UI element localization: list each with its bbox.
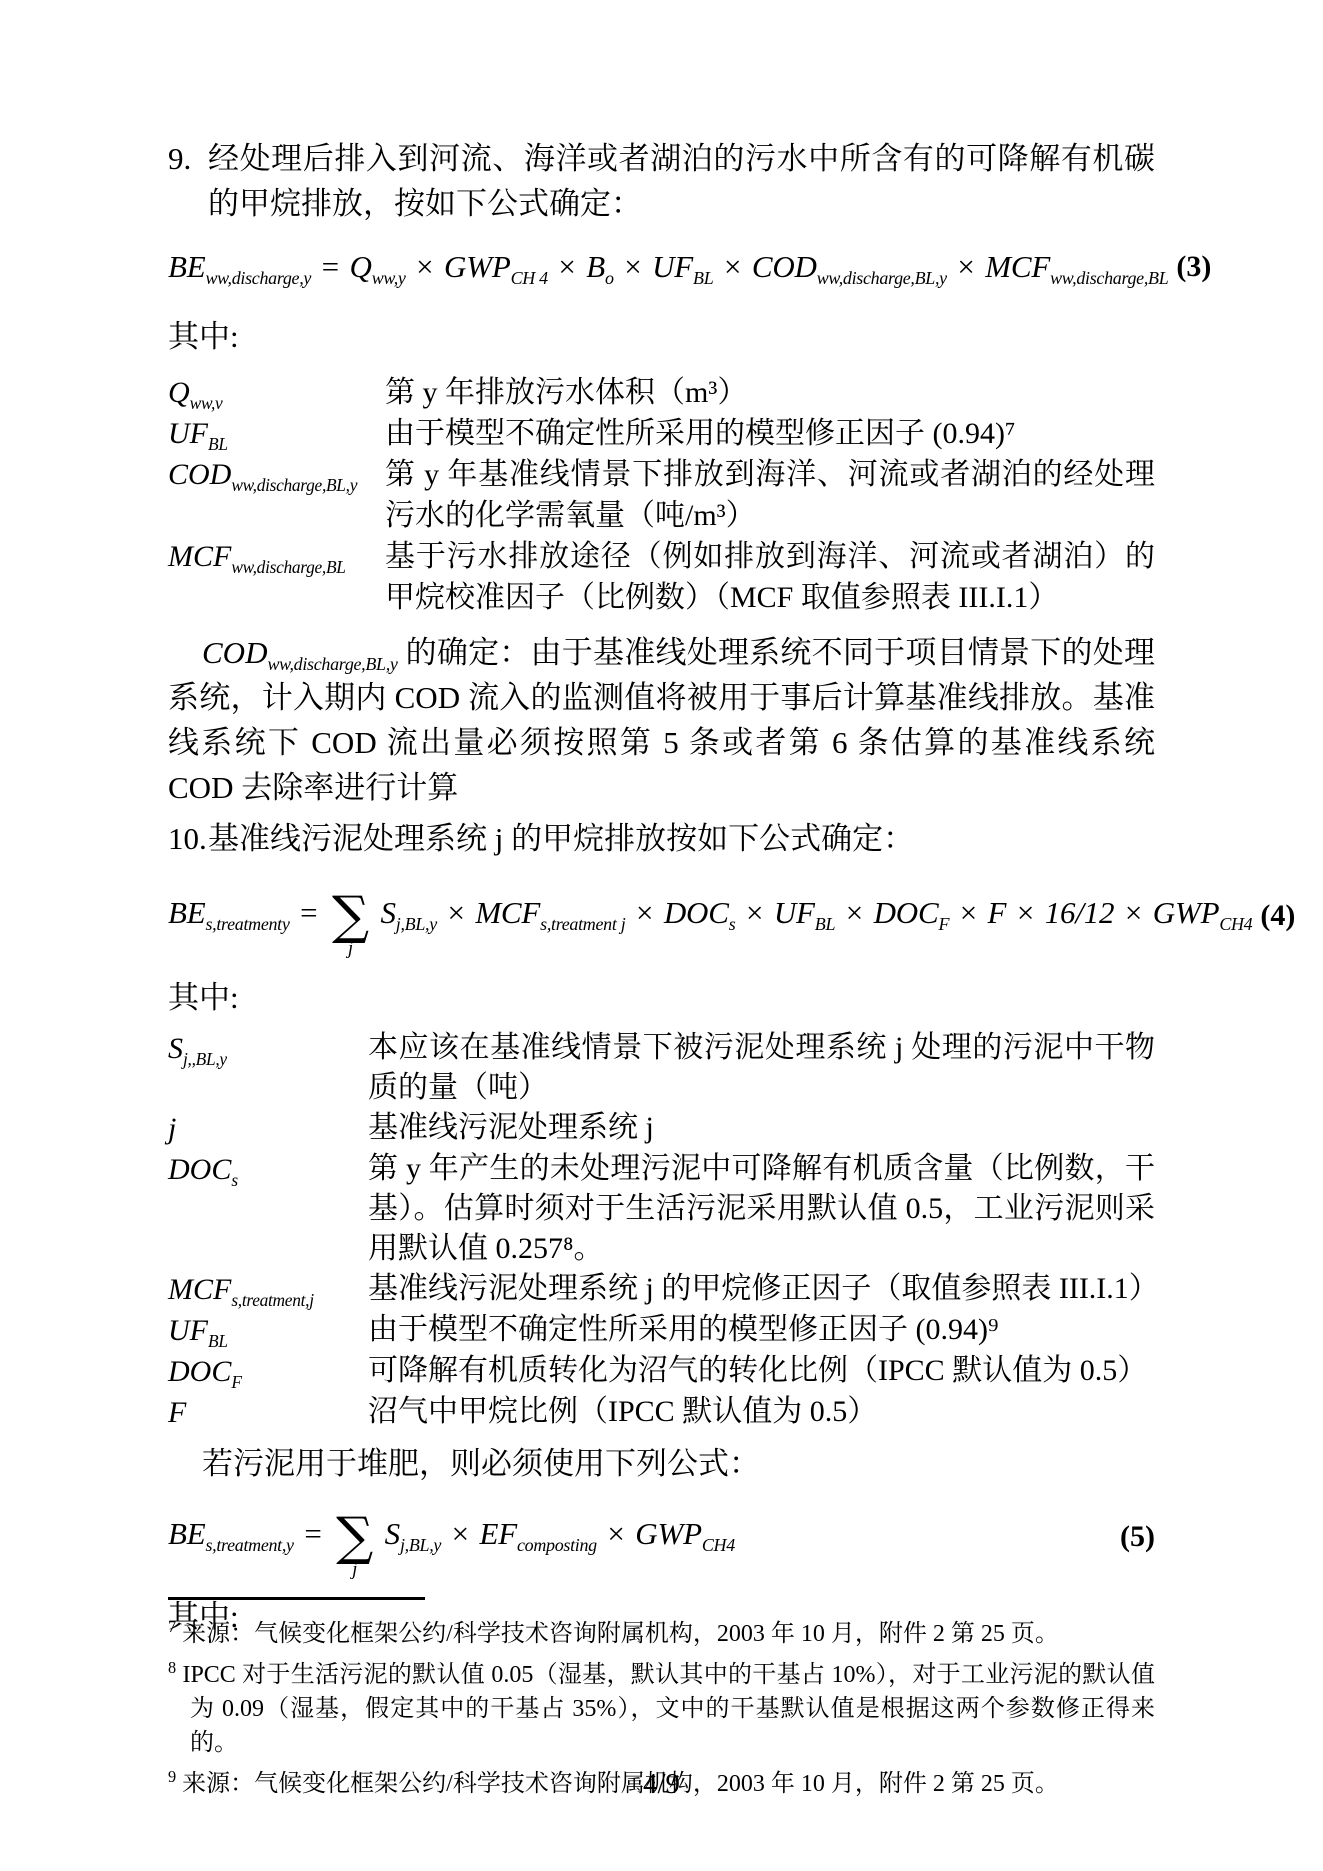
times-sign: × [957, 249, 974, 284]
times-sign: × [846, 895, 863, 930]
footnote-8: 8 IPCC 对于生活污泥的默认值 0.05（湿基，默认其中的干基占 10%），… [168, 1651, 1155, 1760]
item-9-number: 9. [168, 136, 208, 226]
times-sign: × [624, 249, 641, 284]
var-BE: BEww,discharge,y [168, 249, 311, 284]
formula-3-expression: BEww,discharge,y = Qww,y × GWPCH 4 × Bo … [168, 249, 1168, 285]
definition-symbol: MCFww,discharge,BL [168, 536, 385, 618]
definition-description: 由于模型不确定性所采用的模型修正因子 (0.94)⁹ [368, 1310, 1155, 1351]
var-Q: Qww,y [350, 249, 406, 284]
definition-row: DOCF 可降解有机质转化为沼气的转化比例（IPCC 默认值为 0.5） [168, 1351, 1155, 1392]
times-sign: × [607, 1516, 624, 1551]
definition-description: 基于污水排放途径（例如排放到海洋、河流或者湖泊）的甲烷校准因子（比例数）（MCF… [385, 536, 1155, 618]
definition-row: MCFww,discharge,BL 基于污水排放途径（例如排放到海洋、河流或者… [168, 536, 1155, 618]
definition-description: 基准线污泥处理系统 j [368, 1108, 1155, 1149]
definition-row: UFBL 由于模型不确定性所采用的模型修正因子 (0.94)⁷ [168, 413, 1155, 454]
times-sign: × [1125, 895, 1142, 930]
var-GWP: GWPCH4 [1153, 895, 1253, 930]
fraction-16-12: 16/12 [1045, 895, 1115, 930]
where-label-1: 其中: [168, 316, 1155, 357]
var-DOCs: DOCs [664, 895, 736, 930]
summation-symbol: ∑j [336, 1515, 373, 1578]
equals-sign: = [300, 895, 317, 930]
footnote-7-text: 来源：气候变化框架公约/科学技术咨询附属机构，2003 年 10 月，附件 2 … [176, 1621, 1059, 1647]
definition-list-1: Qww,v 第 y 年排放污水体积（m³） UFBL 由于模型不确定性所采用的模… [168, 372, 1155, 618]
times-sign: × [746, 895, 763, 930]
page-number: 4/9 [0, 1768, 1323, 1801]
equation-number-3: (3) [1176, 250, 1211, 284]
definition-symbol: DOCs [168, 1149, 368, 1269]
definition-description: 基准线污泥处理系统 j 的甲烷修正因子（取值参照表 III.I.1） [368, 1269, 1155, 1310]
definition-description: 可降解有机质转化为沼气的转化比例（IPCC 默认值为 0.5） [368, 1351, 1155, 1392]
definition-symbol: MCFs,treatment,j [168, 1269, 368, 1310]
var-EF: EFcomposting [480, 1516, 597, 1551]
var-GWP: GWPCH 4 [444, 249, 548, 284]
equals-sign: = [304, 1516, 321, 1551]
var-GWP: GWPCH4 [635, 1516, 735, 1551]
var-BE: BEs,treatment,y [168, 1516, 294, 1551]
definition-symbol: Qww,v [168, 372, 385, 413]
definition-symbol: Sj,,BL,y [168, 1028, 368, 1108]
definition-row: CODww,discharge,BL,y 第 y 年基准线情景下排放到海洋、河流… [168, 454, 1155, 536]
footnote-divider [168, 1597, 425, 1600]
var-MCF: MCFs,treatment j [475, 895, 625, 930]
equals-sign: = [322, 249, 339, 284]
definition-description: 第 y 年排放污水体积（m³） [385, 372, 1155, 413]
definition-row: MCFs,treatment,j 基准线污泥处理系统 j 的甲烷修正因子（取值参… [168, 1269, 1155, 1310]
formula-5: BEs,treatment,y = ∑j Sj,BL,y × EFcompost… [168, 1488, 1155, 1586]
definition-symbol: CODww,discharge,BL,y [168, 454, 385, 536]
definition-description: 第 y 年产生的未处理污泥中可降解有机质含量（比例数，干基）。估算时须对于生活污… [368, 1149, 1155, 1269]
composting-note: 若污泥用于堆肥，则必须使用下列公式： [168, 1441, 1155, 1486]
times-sign: × [558, 249, 575, 284]
footnote-8-text: IPCC 对于生活污泥的默认值 0.05（湿基，默认其中的干基占 10%），对于… [176, 1662, 1155, 1756]
formula-3: BEww,discharge,y = Qww,y × GWPCH 4 × Bo … [168, 240, 1155, 294]
var-S: Sj,BL,y [385, 1516, 441, 1551]
definition-row: DOCs 第 y 年产生的未处理污泥中可降解有机质含量（比例数，干基）。估算时须… [168, 1149, 1155, 1269]
var-DOCF: DOCF [874, 895, 950, 930]
formula-5-expression: BEs,treatment,y = ∑j Sj,BL,y × EFcompost… [168, 1505, 735, 1568]
footnote-7-marker: 7 [168, 1617, 176, 1636]
definition-row: Qww,v 第 y 年排放污水体积（m³） [168, 372, 1155, 413]
var-F: F [988, 895, 1007, 930]
definition-list-2: Sj,,BL,y 本应该在基准线情景下被污泥处理系统 j 处理的污泥中干物质的量… [168, 1028, 1155, 1433]
definition-description: 由于模型不确定性所采用的模型修正因子 (0.94)⁷ [385, 413, 1155, 454]
times-sign: × [447, 895, 464, 930]
definition-symbol: j [168, 1108, 368, 1149]
item-9-text: 经处理后排入到河流、海洋或者湖泊的污水中所含有的可降解有机碳的甲烷排放，按如下公… [208, 136, 1155, 226]
item-10-number: 10. [168, 816, 208, 861]
definition-symbol: DOCF [168, 1351, 368, 1392]
times-sign: × [724, 249, 741, 284]
definition-row: Sj,,BL,y 本应该在基准线情景下被污泥处理系统 j 处理的污泥中干物质的量… [168, 1028, 1155, 1108]
times-sign: × [416, 249, 433, 284]
section-item-10: 10. 基准线污泥处理系统 j 的甲烷排放按如下公式确定： [168, 816, 1155, 861]
document-page: 9. 经处理后排入到河流、海洋或者湖泊的污水中所含有的可降解有机碳的甲烷排放，按… [0, 0, 1323, 1871]
var-BE: BEs,treatmenty [168, 895, 290, 930]
var-S: Sj,BL,y [380, 895, 436, 930]
definition-description: 沼气中甲烷比例（IPCC 默认值为 0.5） [368, 1392, 1155, 1433]
equation-number-4: (4) [1260, 899, 1295, 933]
var-COD: CODww,discharge,BL,y [752, 249, 947, 284]
definition-row: F 沼气中甲烷比例（IPCC 默认值为 0.5） [168, 1392, 1155, 1433]
var-UF: UFBL [774, 895, 835, 930]
formula-4-expression: BEs,treatmenty = ∑j Sj,BL,y × MCFs,treat… [168, 884, 1252, 947]
times-sign: × [960, 895, 977, 930]
inline-math-COD: CODww,discharge,BL,y [202, 635, 398, 670]
equation-number-5: (5) [1120, 1520, 1155, 1554]
var-Bo: Bo [586, 249, 613, 284]
times-sign: × [636, 895, 653, 930]
cod-determination-paragraph: CODww,discharge,BL,y 的确定：由于基准线处理系统不同于项目情… [168, 630, 1155, 810]
definition-symbol: UFBL [168, 1310, 368, 1351]
definition-description: 第 y 年基准线情景下排放到海洋、河流或者湖泊的经处理污水的化学需氧量（吨/m³… [385, 454, 1155, 536]
definition-row: j 基准线污泥处理系统 j [168, 1108, 1155, 1149]
where-label-2: 其中: [168, 977, 1155, 1018]
times-sign: × [1017, 895, 1034, 930]
footnote-7: 7 来源：气候变化框架公约/科学技术咨询附属机构，2003 年 10 月，附件 … [168, 1610, 1155, 1651]
page-content: 9. 经处理后排入到河流、海洋或者湖泊的污水中所含有的可降解有机碳的甲烷排放，按… [168, 136, 1155, 1637]
var-UF: UFBL [652, 249, 713, 284]
formula-4: BEs,treatmenty = ∑j Sj,BL,y × MCFs,treat… [168, 867, 1155, 965]
summation-symbol: ∑j [332, 894, 369, 957]
var-MCF: MCFww,discharge,BL [985, 249, 1168, 284]
section-item-9: 9. 经处理后排入到河流、海洋或者湖泊的污水中所含有的可降解有机碳的甲烷排放，按… [168, 136, 1155, 226]
definition-symbol: UFBL [168, 413, 385, 454]
item-10-text: 基准线污泥处理系统 j 的甲烷排放按如下公式确定： [208, 816, 1155, 861]
definition-description: 本应该在基准线情景下被污泥处理系统 j 处理的污泥中干物质的量（吨） [368, 1028, 1155, 1108]
definition-symbol: F [168, 1392, 368, 1433]
times-sign: × [452, 1516, 469, 1551]
footnote-8-marker: 8 [168, 1658, 176, 1677]
definition-row: UFBL 由于模型不确定性所采用的模型修正因子 (0.94)⁹ [168, 1310, 1155, 1351]
